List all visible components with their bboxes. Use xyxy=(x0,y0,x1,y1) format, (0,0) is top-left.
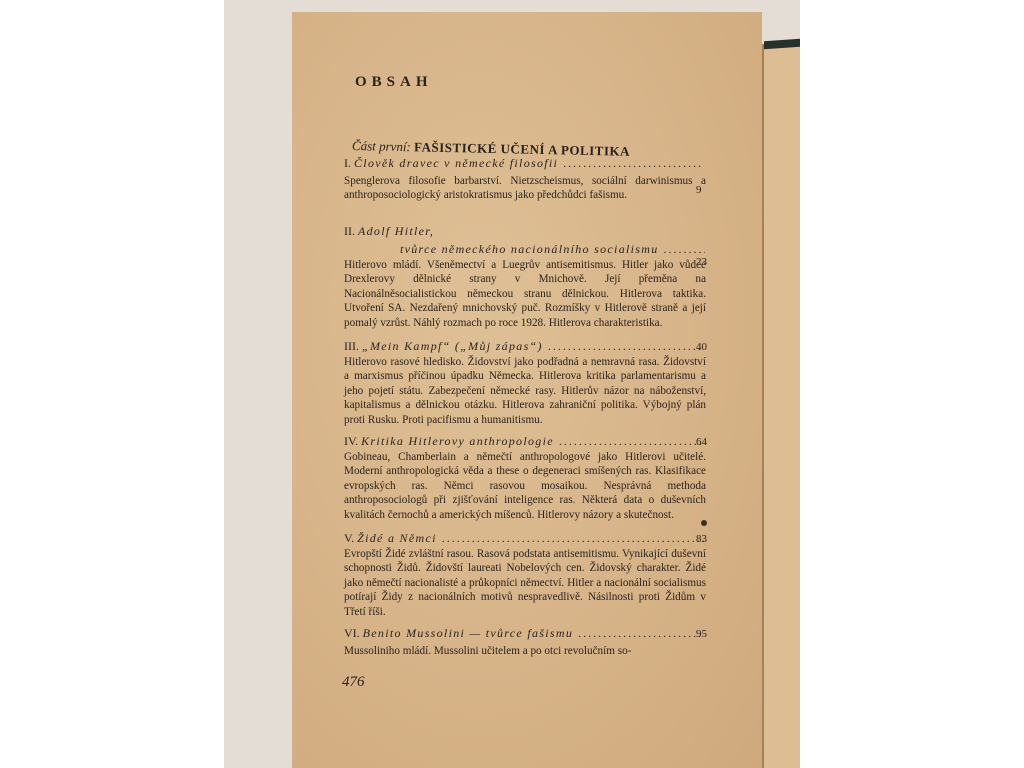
page-heading: OBSAH xyxy=(355,74,433,91)
entry-page-number: 40 xyxy=(696,341,707,353)
entry-summary: Gobineau, Chamberlain a němečtí anthropo… xyxy=(344,450,706,522)
leader-dots: ........................................… xyxy=(543,339,704,353)
entry-summary: Hitlerovo rasové hledisko. Židovství jak… xyxy=(344,355,706,427)
entry-title-text: Benito Mussolini — tvůrce fašismu xyxy=(363,626,573,640)
entry-title-text: „Mein Kampf“ („Můj zápas“) xyxy=(362,339,543,353)
gutter xyxy=(762,44,764,768)
entry-title: III. „Mein Kampf“ („Můj zápas“) ........… xyxy=(344,339,704,354)
leader-dots: ........................................… xyxy=(573,626,704,640)
entry-title-text: Kritika Hitlerovy anthropologie xyxy=(361,434,554,448)
facing-page-edge xyxy=(764,44,800,768)
ink-blot xyxy=(701,520,707,526)
entry-title-text: Adolf Hitler, xyxy=(358,224,434,238)
part-label: Část první: xyxy=(352,138,411,154)
entry-page-number: 95 xyxy=(696,628,707,640)
entry-summary: Spenglerova filosofie barbarství. Nietzs… xyxy=(344,174,706,203)
entry-title: V. Židé a Němci ........................… xyxy=(344,531,704,546)
entry-title-continued: tvůrce německého nacionálního socialismu… xyxy=(400,242,705,257)
entry-summary: Evropští Židé zvláštní rasou. Rasová pod… xyxy=(344,547,706,619)
entry-page-number: 83 xyxy=(696,533,707,545)
entry-numeral: III. xyxy=(344,339,362,353)
leader-dots: ........................................… xyxy=(558,156,704,170)
leader-dots: ........................................… xyxy=(437,531,704,545)
entry-numeral: II. xyxy=(344,224,358,238)
leader-dots: ........................................… xyxy=(659,242,706,256)
entry-title: VI. Benito Mussolini — tvůrce fašismu ..… xyxy=(344,626,704,641)
entry-numeral: I. xyxy=(344,156,354,170)
entry-summary: Hitlerovo mládí. Všeněmectví a Luegrův a… xyxy=(344,258,706,330)
entry-title-text: Židé a Němci xyxy=(357,531,437,545)
entry-numeral: IV. xyxy=(344,434,361,448)
entry-numeral: VI. xyxy=(344,626,363,640)
page-number: 476 xyxy=(342,674,365,691)
leader-dots: ........................................… xyxy=(554,434,704,448)
entry-title: II. Adolf Hitler, xyxy=(344,224,704,239)
entry-title-text: Člověk dravec v německé filosofii xyxy=(354,156,558,170)
entry-title: IV. Kritika Hitlerovy anthropologie ....… xyxy=(344,434,704,449)
entry-page-number: 64 xyxy=(696,436,707,448)
entry-numeral: V. xyxy=(344,531,357,545)
entry-summary: Mussoliniho mládí. Mussolini učitelem a … xyxy=(344,644,706,658)
entry-title: I. Člověk dravec v německé filosofii ...… xyxy=(344,156,704,171)
